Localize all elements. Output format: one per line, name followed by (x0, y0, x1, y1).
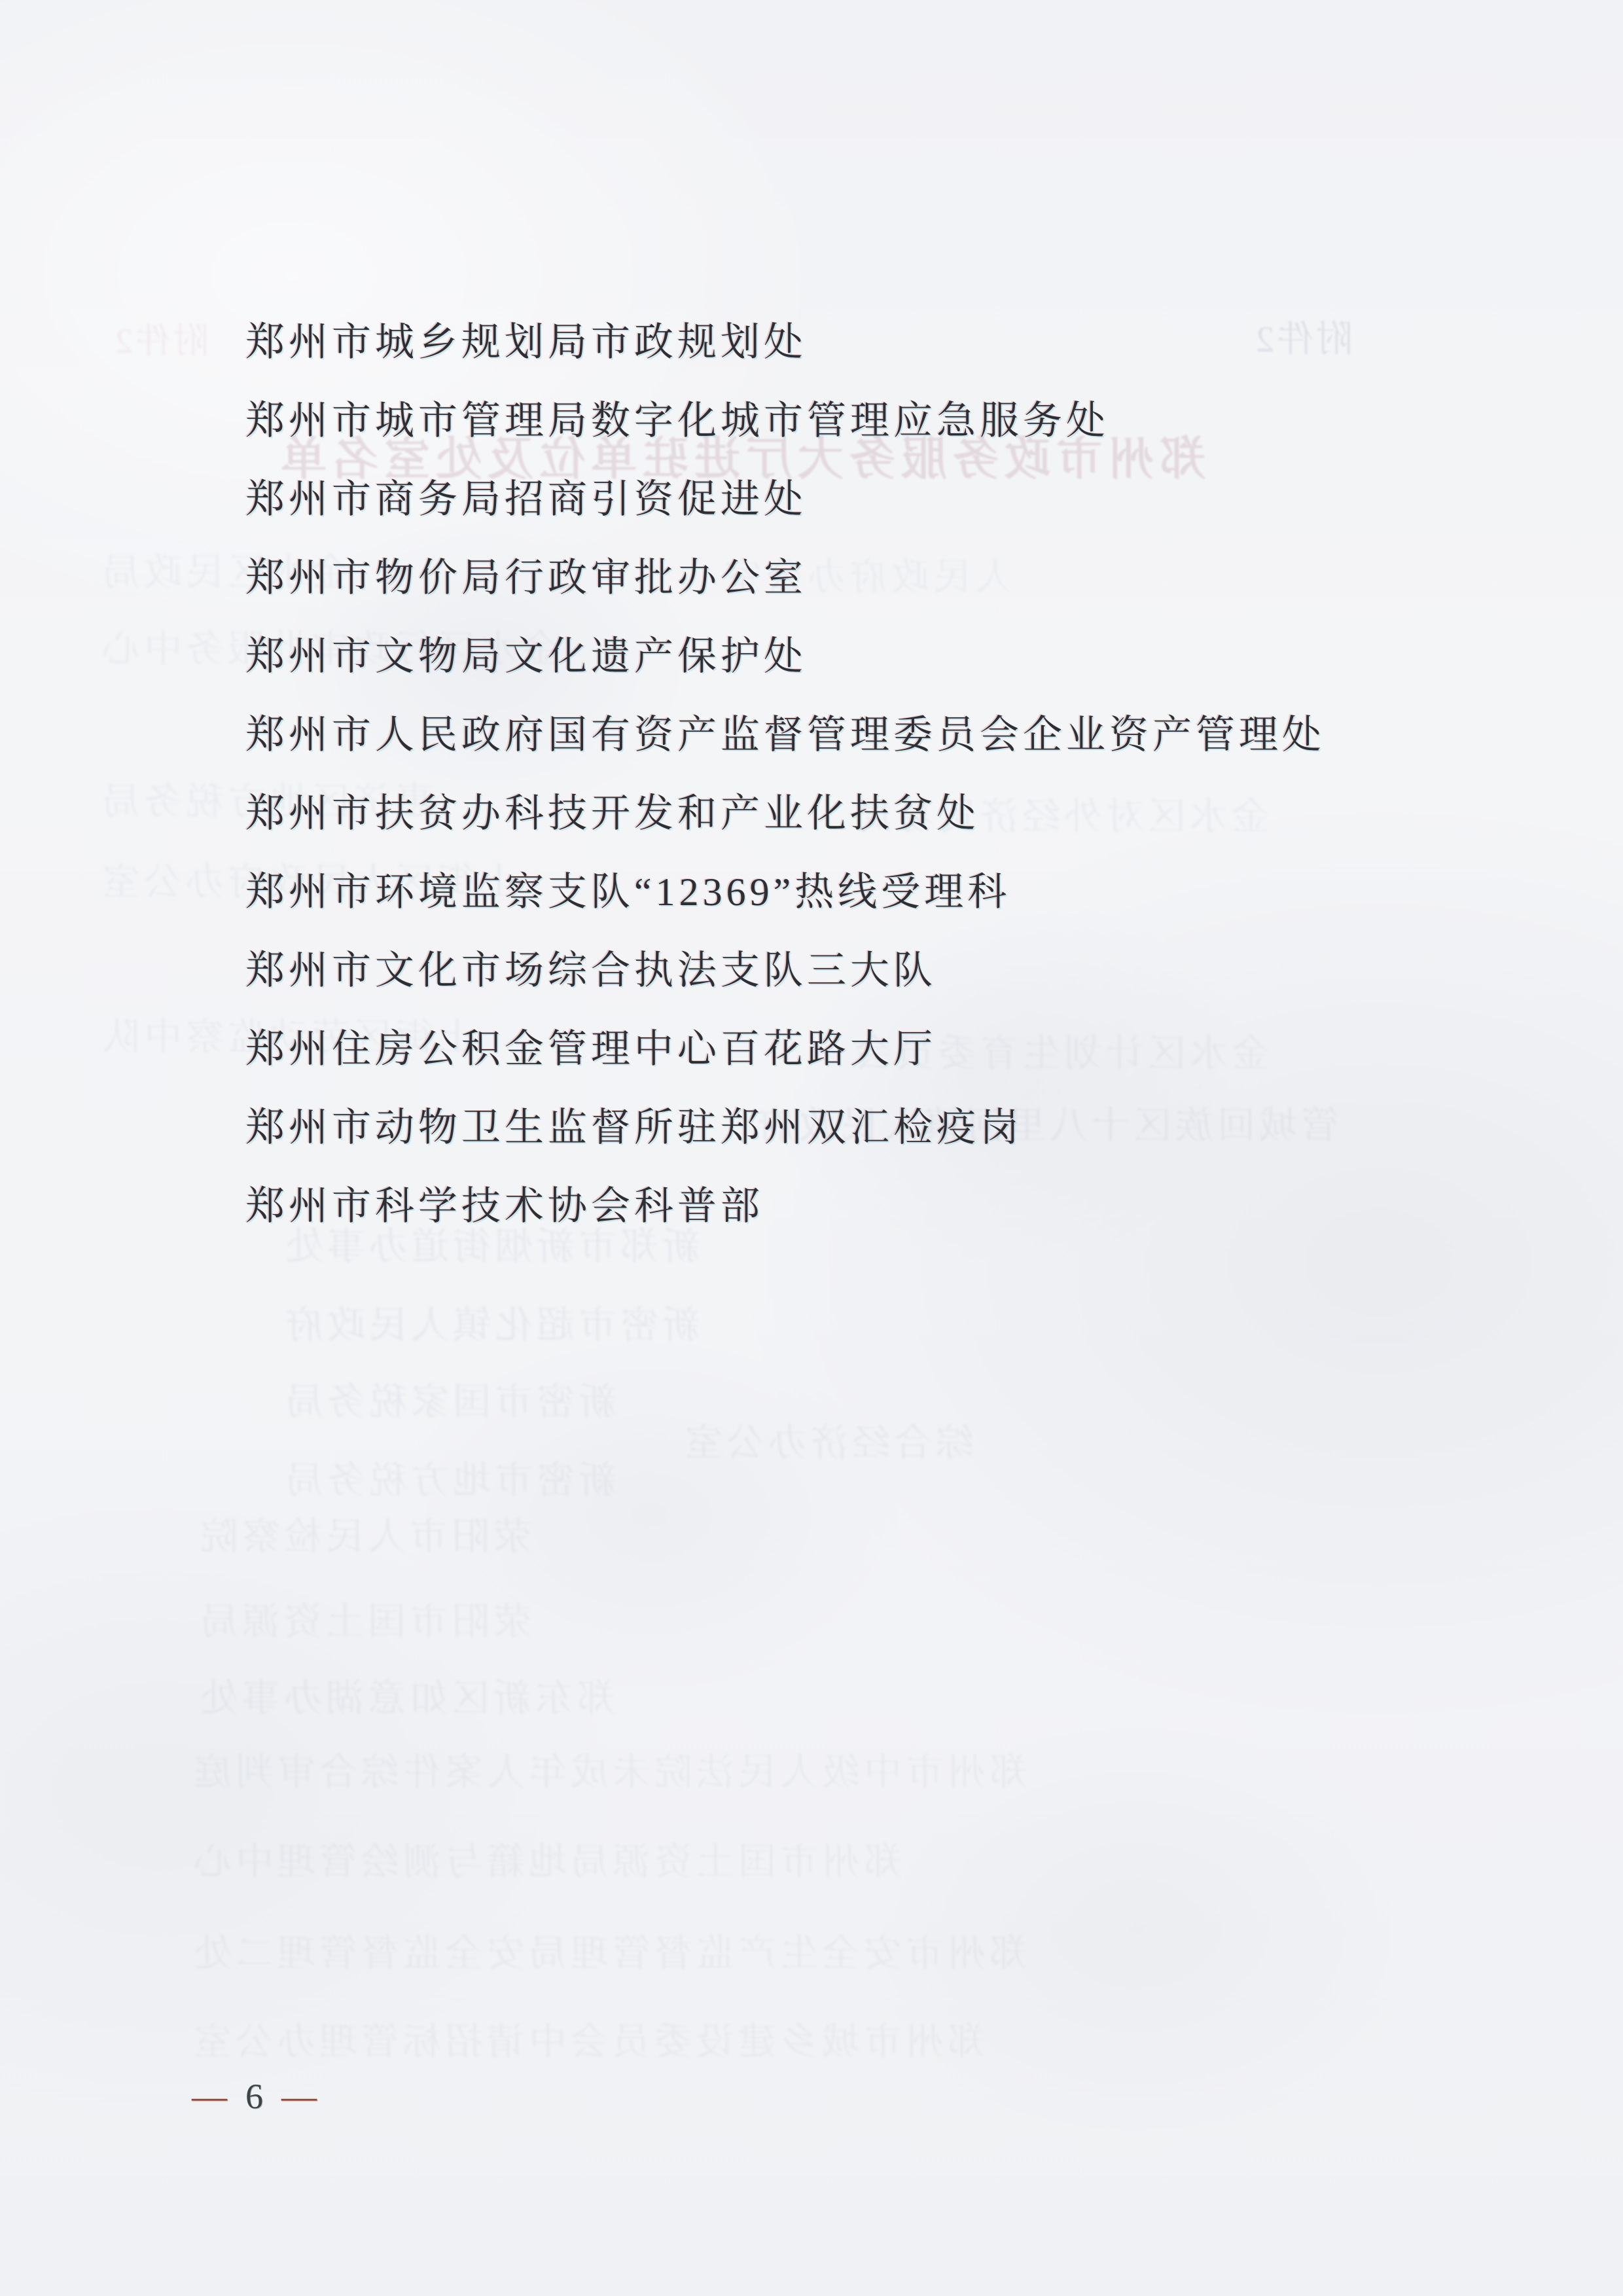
scanned-document-page: 附件2 附件2 郑州市政务服务大厅进驻单位及处室名单 金水区民政局人民政府办公室… (0, 0, 1623, 2296)
bleed-through-line: 郑东新区如意湖办事处 (196, 1679, 615, 1718)
bleed-through-line: 荥阳市人民检察院 (196, 1517, 531, 1556)
document-line: 郑州市文物局文化遗产保护处 (245, 636, 807, 677)
bleed-through-line: 新密市地方税务局 (281, 1461, 616, 1500)
bleed-through-line: 荥阳市国土资源局 (196, 1602, 531, 1641)
page-number: —6— (192, 2076, 318, 2117)
bleed-through-line: 郑州市城乡建设委员会中请招标管理办公室 (190, 2022, 986, 2062)
bleed-through-line: 郑州市国土资源局地籍与测绘管理中心 (190, 1842, 902, 1882)
bleed-through-line: 郑州市中级人民法院未成年人案件综合审判庭 (190, 1753, 1027, 1792)
bleed-through-line: 新郑市新烟街道办事处 (281, 1227, 700, 1266)
bleed-through-line: 郑州市安全生产监督管理局安全监督管理二处 (190, 1934, 1027, 1973)
document-line: 郑州市物价局行政审批办公室 (245, 558, 807, 598)
bleed-through-attachment-label: 附件2 (1253, 310, 1353, 363)
document-line: 郑州市动物卫生监督所驻郑州双汇检疫岗 (245, 1107, 1023, 1148)
page-number-dash-right: — (281, 2077, 318, 2116)
page-number-dash-left: — (192, 2077, 228, 2116)
bleed-through-line: 综合经济办公室 (681, 1424, 974, 1463)
document-line: 郑州市科学技术协会科普部 (245, 1186, 764, 1227)
document-line: 郑州市商务局招商引资促进处 (245, 479, 807, 520)
page-number-value: 6 (228, 2077, 281, 2116)
document-line: 郑州市文化市场综合执法支队三大队 (245, 950, 936, 991)
bleed-through-line: 新密市超化镇人民政府 (281, 1306, 700, 1345)
bleed-through-line: 新密市国家税务局 (281, 1382, 616, 1422)
document-line: 郑州市人民政府国有资产监督管理委员会企业资产管理处 (245, 715, 1325, 755)
document-line: 郑州市扶贫办科技开发和产业化扶贫处 (245, 793, 980, 834)
document-line: 郑州住房公积金管理中心百花路大厅 (245, 1029, 936, 1069)
bleed-through-attachment-label-left: 附件2 (113, 313, 209, 363)
document-line: 郑州市环境监察支队“12369”热线受理科 (245, 872, 1010, 912)
document-line: 郑州市城市管理局数字化城市管理应急服务处 (245, 401, 1109, 441)
document-line: 郑州市城乡规划局市政规划处 (245, 322, 807, 363)
